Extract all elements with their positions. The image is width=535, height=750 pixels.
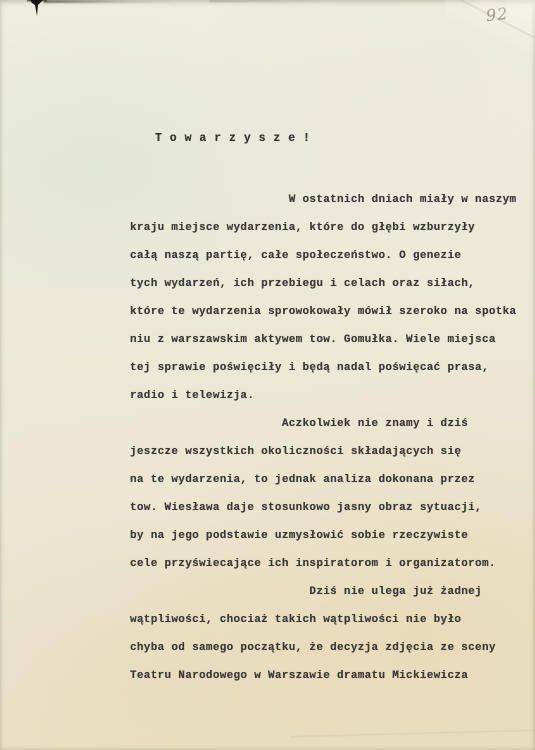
- text-line: niu z warszawskim aktywem tow. Gomułka. …: [130, 326, 516, 354]
- text-line: tych wydarzeń, ich przebiegu i celach or…: [130, 270, 516, 298]
- text-line: które te wydarzenia sprowokowały mówił s…: [130, 298, 516, 326]
- paper-corner-fold-highlight: [445, 0, 535, 55]
- text-line: wątpliwości, chociaż takich wątpliwości …: [130, 606, 516, 634]
- text-line: tow. Wiesława daje stosunkowo jasny obra…: [130, 494, 516, 522]
- ink-blot-mark: [27, 0, 47, 17]
- text-line: chyba od samego początku, że decyzja zdj…: [130, 634, 516, 662]
- text-line: Teatru Narodowego w Warszawie dramatu Mi…: [130, 662, 516, 690]
- text-line: całą naszą partię, całe społeczeństwo. O…: [130, 242, 516, 270]
- text-line: Dziś nie ulega już żadnej: [130, 578, 516, 606]
- text-line: by na jego podstawie uzmysłowić sobie rz…: [130, 522, 516, 550]
- typewritten-document-page: 92 T o w a r z y s z e ! W ostatnich dni…: [0, 0, 535, 750]
- text-line: cele przyświecające ich inspiratorom i o…: [130, 550, 516, 578]
- text-line: jeszcze wszystkich okoliczności składają…: [130, 438, 516, 466]
- scan-edge-smear: [44, 0, 174, 3]
- scan-edge-smear-2: [210, 0, 330, 2]
- paper-bottom-crease: [290, 730, 535, 737]
- text-line: na te wydarzenia, to jednak analiza doko…: [130, 466, 516, 494]
- document-body: W ostatnich dniach miały w naszym kraju …: [130, 186, 516, 690]
- text-line: Aczkolwiek nie znamy i dziś: [130, 410, 516, 438]
- text-line: radio i telewizja.: [130, 382, 516, 410]
- text-line: tej sprawie poświęciły i będą nadal pośw…: [130, 354, 516, 382]
- text-line: W ostatnich dniach miały w naszym: [130, 186, 516, 214]
- text-line: kraju miejsce wydarzenia, które do głębi…: [130, 214, 516, 242]
- document-heading: T o w a r z y s z e !: [155, 132, 310, 145]
